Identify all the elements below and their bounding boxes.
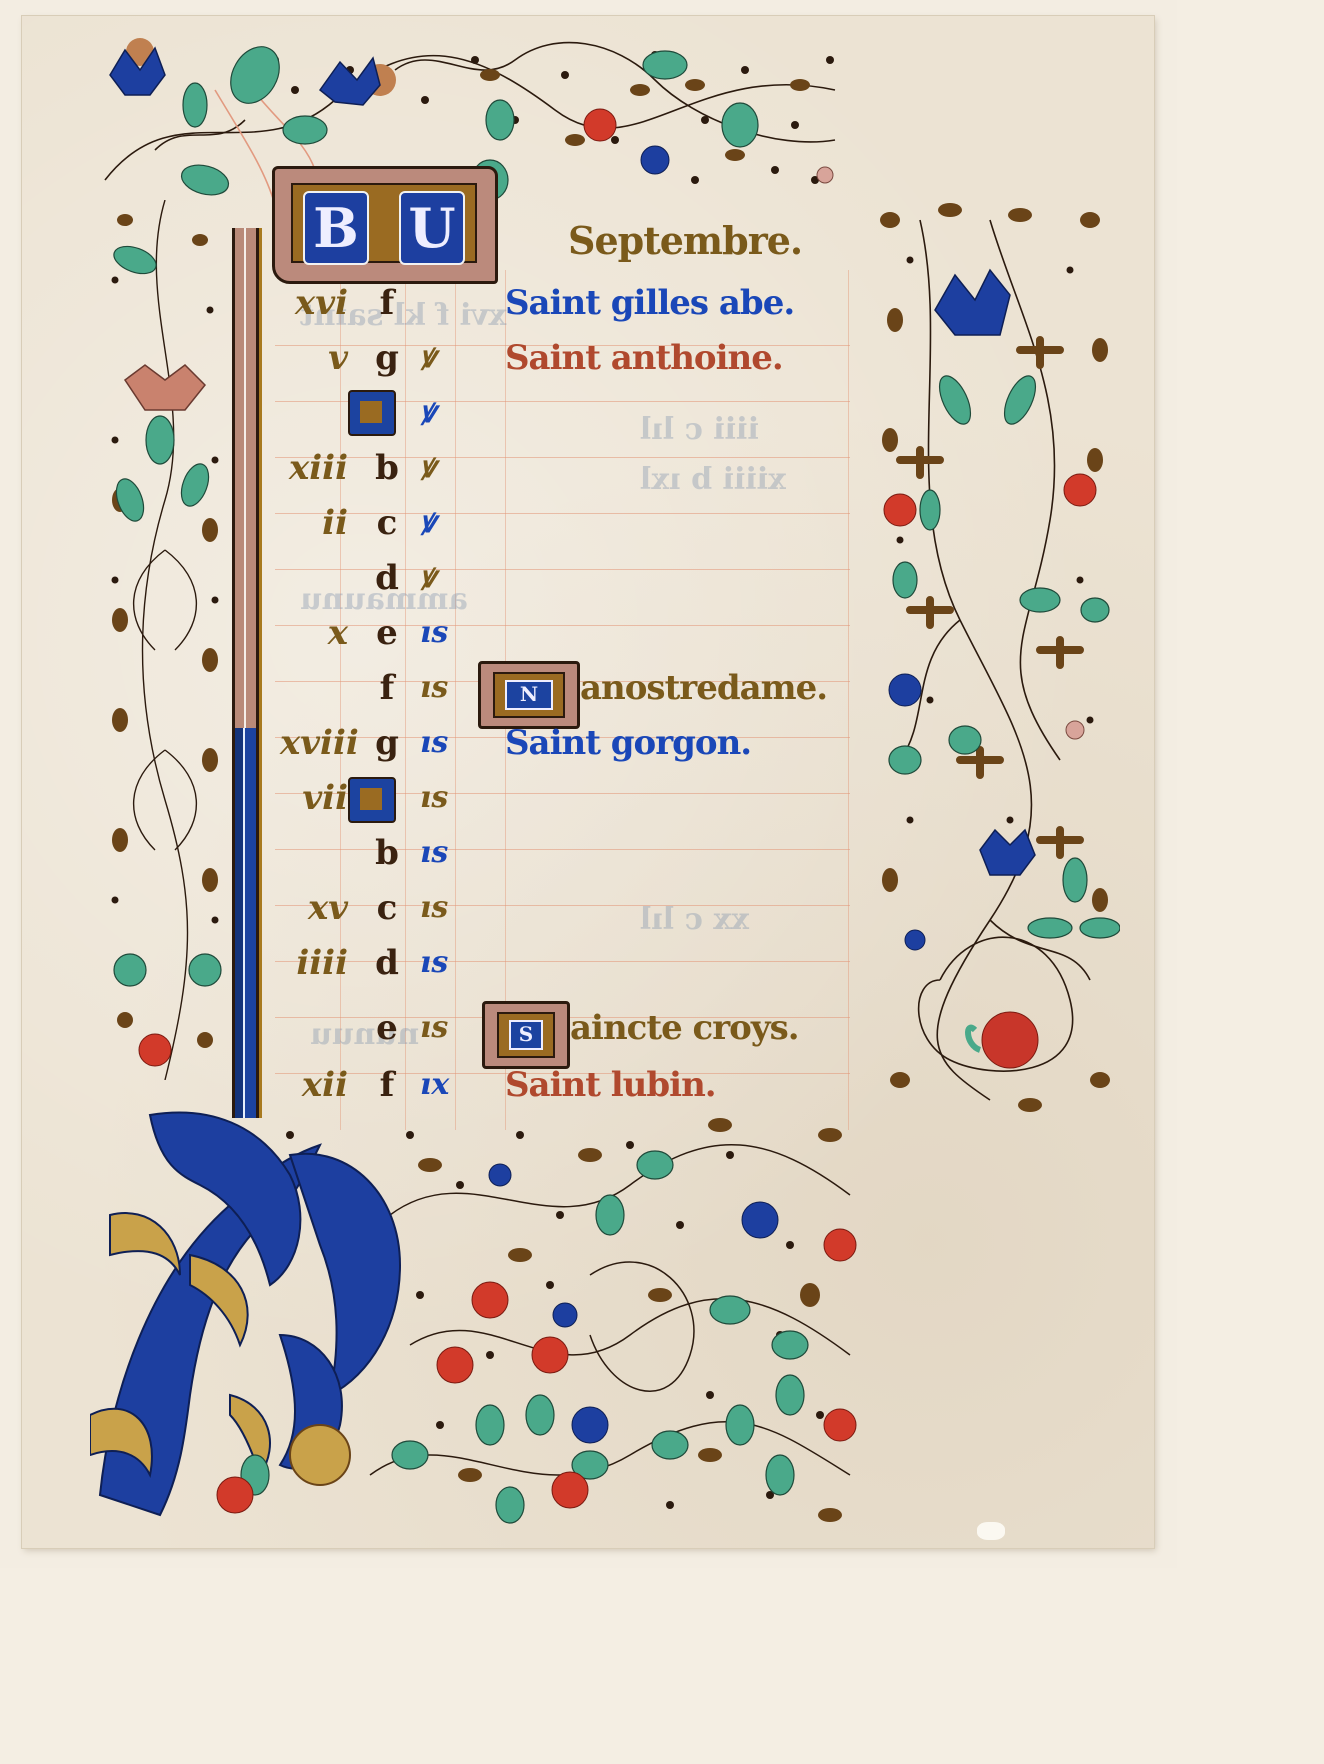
saint-entry: Saint anthoine. bbox=[505, 333, 783, 383]
roman-date: ꝟ bbox=[420, 553, 480, 603]
show-through-text: xx c lıl bbox=[640, 900, 749, 940]
golden-number: vii bbox=[280, 773, 348, 823]
ruling-line bbox=[848, 270, 849, 1130]
kl-initial: B U bbox=[272, 166, 498, 284]
roman-date: ꝟ bbox=[420, 388, 480, 438]
roman-date: ıs bbox=[420, 1003, 480, 1053]
border-bottom bbox=[90, 1095, 860, 1535]
golden-number: iiii bbox=[280, 938, 348, 988]
vine-column-icon bbox=[95, 200, 235, 1080]
dominical-letter: d bbox=[372, 938, 402, 988]
roman-date: ıs bbox=[420, 718, 480, 768]
golden-number: x bbox=[280, 608, 348, 658]
parchment-hole bbox=[977, 1522, 1005, 1540]
roman-date: ıs bbox=[420, 883, 480, 933]
saint-entry: Saint gorgon. bbox=[505, 718, 751, 768]
golden-number: v bbox=[280, 333, 348, 383]
golden-number: xviii bbox=[280, 718, 348, 768]
golden-number: xiii bbox=[280, 443, 348, 493]
ruling-line bbox=[405, 270, 406, 1130]
strawberry-icon bbox=[982, 1012, 1038, 1068]
feast-initial-s: S bbox=[482, 1001, 570, 1069]
roman-date: ıs bbox=[420, 938, 480, 988]
roman-date: ꝟ bbox=[420, 443, 480, 493]
roman-date: ıs bbox=[420, 608, 480, 658]
dominical-letter: f bbox=[372, 278, 402, 328]
dominical-letter: c bbox=[372, 498, 402, 548]
show-through-text: xiiii b ıxl bbox=[640, 460, 786, 500]
roman-date: ꝟ bbox=[420, 498, 480, 548]
border-right-panel bbox=[870, 200, 1120, 1120]
show-through-text: nunuu bbox=[310, 1015, 419, 1055]
saint-entry: aincte croys. bbox=[570, 1003, 799, 1053]
roman-date: ıs bbox=[420, 828, 480, 878]
dominical-a-initial bbox=[348, 390, 396, 436]
ruling-line bbox=[340, 270, 341, 1130]
golden-number: xv bbox=[280, 883, 348, 933]
initial-letter-l: U bbox=[399, 191, 465, 265]
dominical-a-initial bbox=[348, 777, 396, 823]
saint-entry: anostredame. bbox=[580, 663, 827, 713]
dominical-letter: g bbox=[372, 718, 402, 768]
border-left bbox=[95, 200, 235, 1080]
vine-panel-icon bbox=[870, 200, 1120, 1120]
dominical-letter: f bbox=[372, 663, 402, 713]
golden-number: xvi bbox=[280, 278, 348, 328]
saint-entry: Saint gilles abe. bbox=[505, 278, 794, 328]
dominical-letter: b bbox=[372, 828, 402, 878]
roman-date: ꝟ bbox=[420, 333, 480, 383]
dominical-letter: c bbox=[372, 883, 402, 933]
roman-date: ıx bbox=[420, 1060, 480, 1110]
dominical-letter: e bbox=[372, 608, 402, 658]
month-heading: Septembre. bbox=[568, 216, 802, 266]
initial-stem bbox=[232, 228, 262, 1118]
roman-date: ıs bbox=[420, 663, 480, 713]
saint-entry: Saint lubin. bbox=[505, 1060, 716, 1110]
golden-number: ii bbox=[280, 498, 348, 548]
show-through-text: iiii c lıl bbox=[640, 410, 759, 450]
golden-number: xii bbox=[280, 1060, 348, 1110]
acanthus-rinceau-icon bbox=[90, 1095, 860, 1535]
roman-date: ıs bbox=[420, 773, 480, 823]
dominical-letter: d bbox=[372, 553, 402, 603]
dominical-letter: g bbox=[372, 333, 402, 383]
dominical-letter: f bbox=[372, 1060, 402, 1110]
initial-letter-k: B bbox=[303, 191, 369, 265]
dominical-letter: e bbox=[372, 1003, 402, 1053]
dominical-letter: b bbox=[372, 443, 402, 493]
blue-flower-icon bbox=[935, 270, 1010, 335]
